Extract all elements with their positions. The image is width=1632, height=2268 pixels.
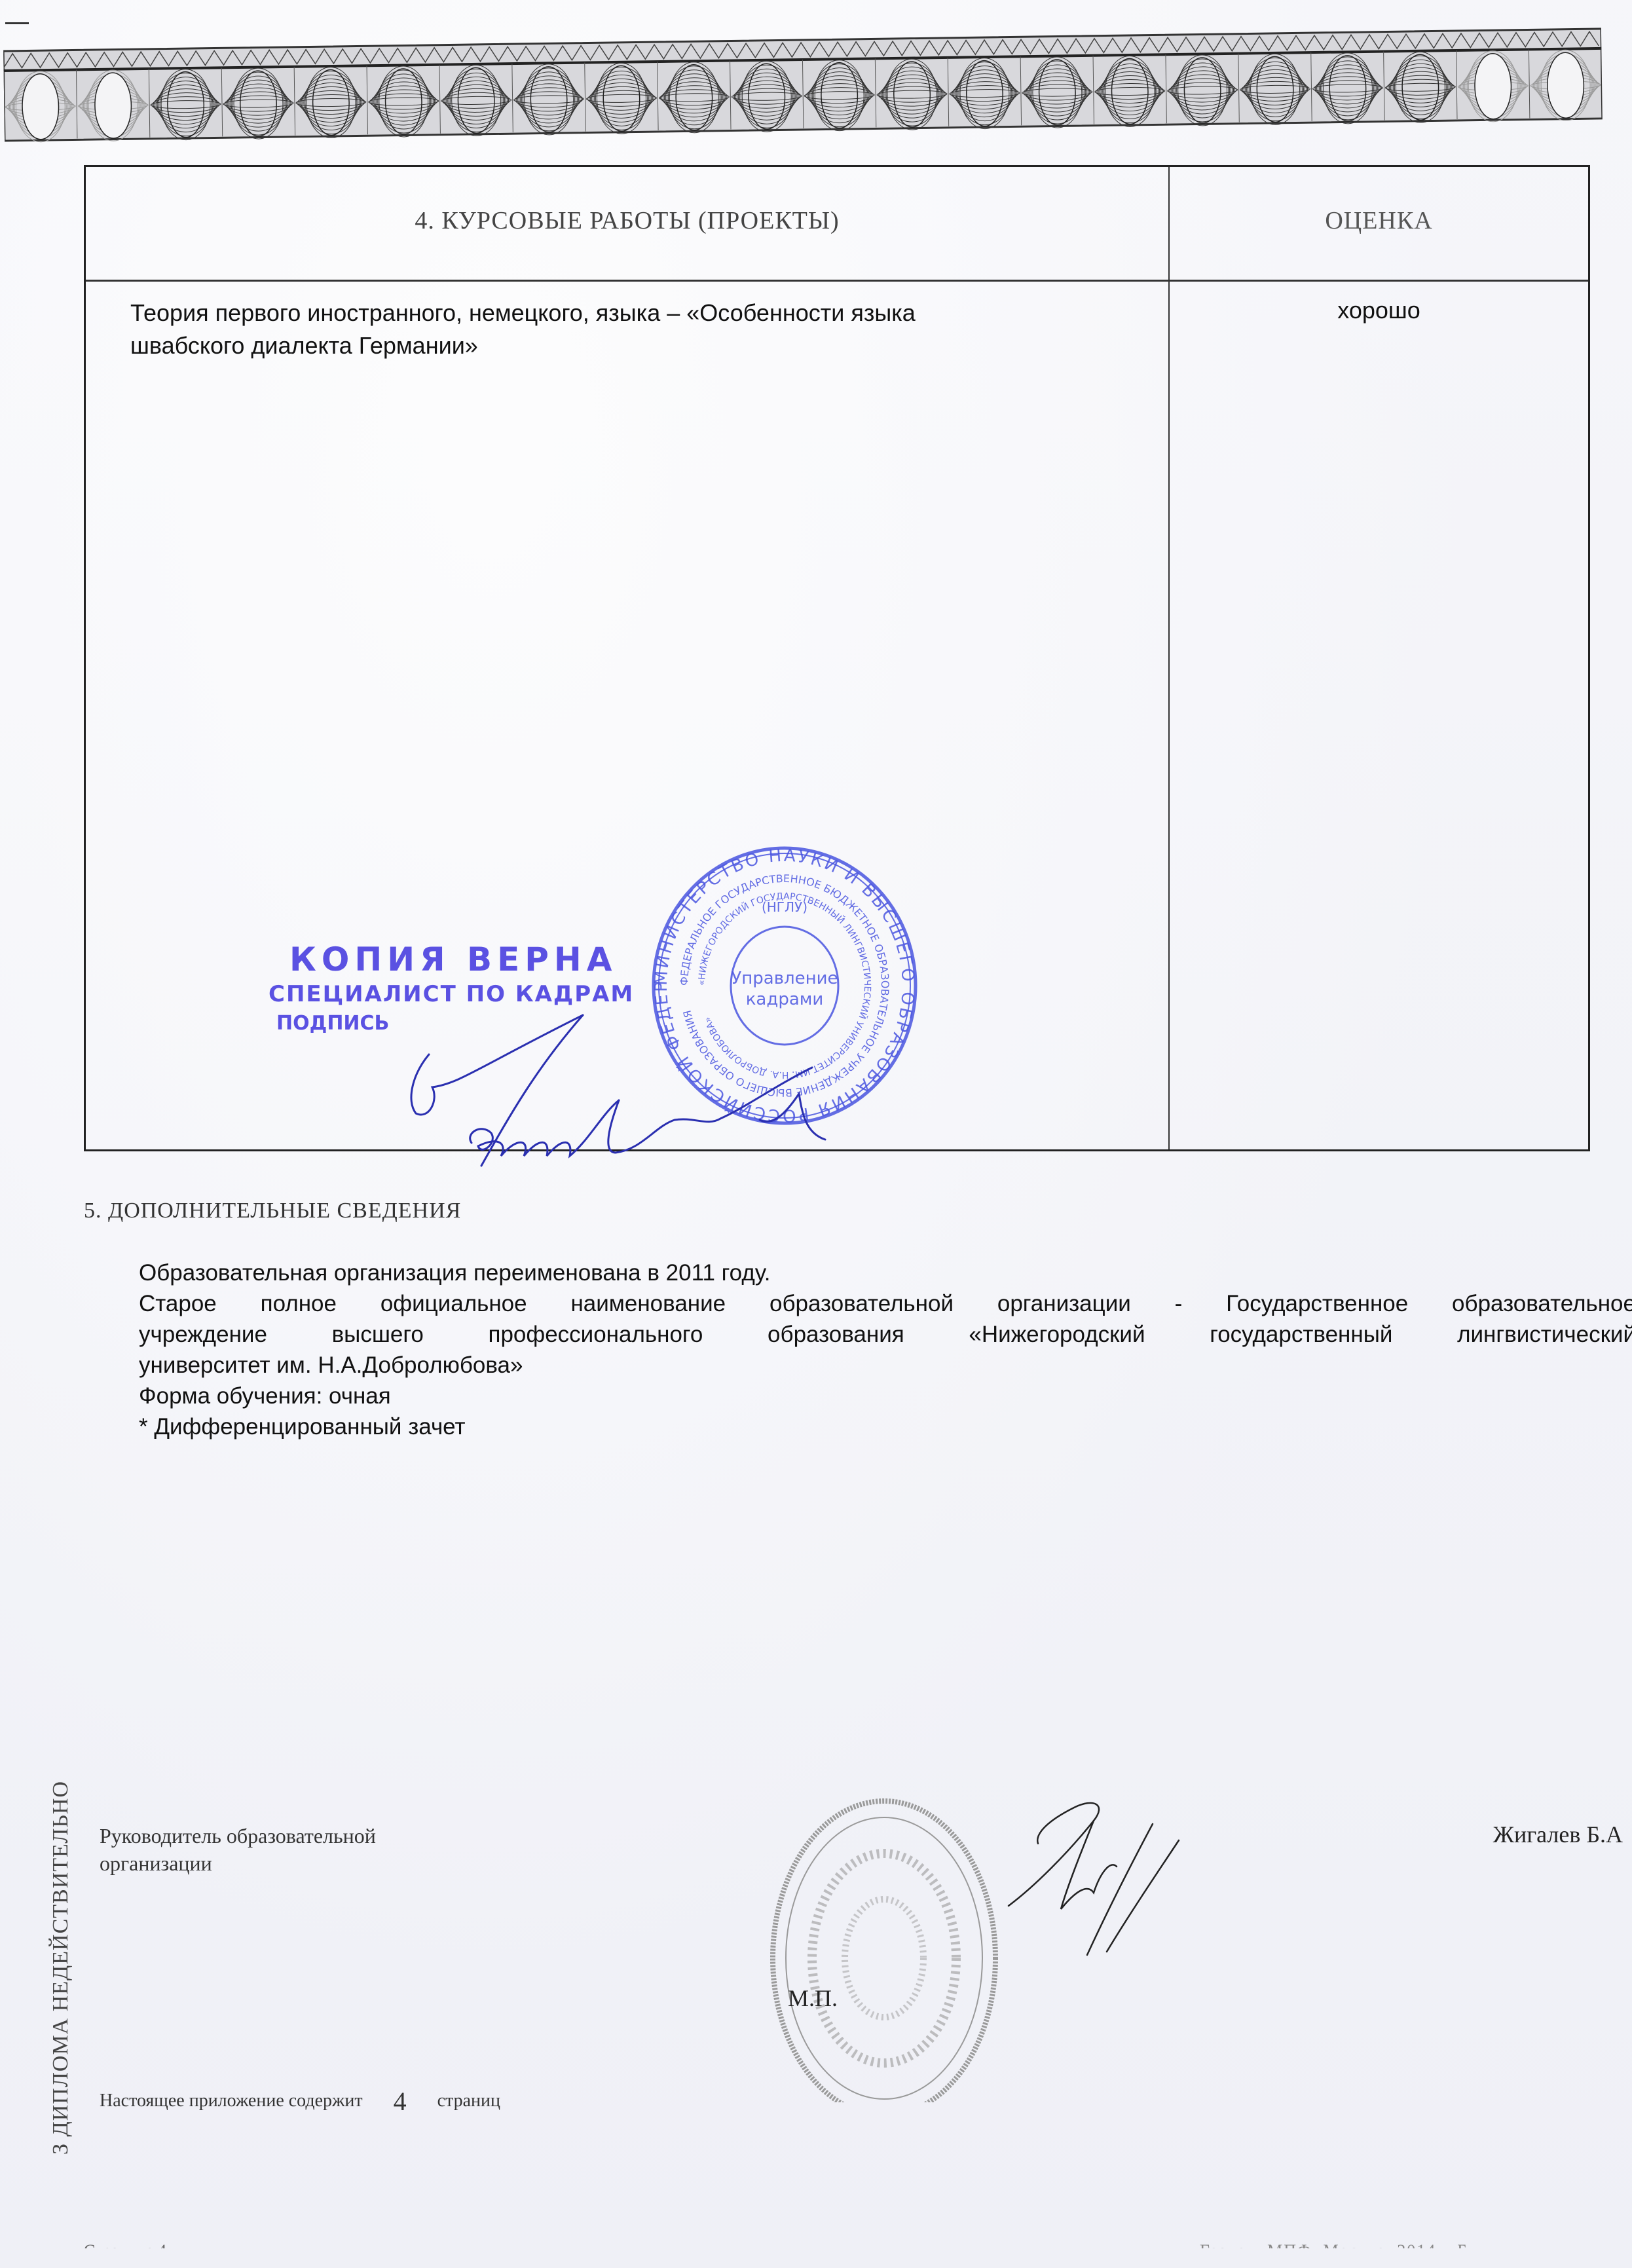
- head-of-organization-label: Руководитель образовательной организации: [100, 1822, 376, 1877]
- section5-title: 5. ДОПОЛНИТЕЛЬНЫЕ СВЕДЕНИЯ: [84, 1199, 461, 1223]
- grade-header: ОЦЕНКА: [1170, 206, 1588, 235]
- pages-suffix: страниц: [437, 2091, 500, 2111]
- header-divider: [86, 280, 1588, 282]
- section5-line5: Форма обучения: очная: [139, 1381, 1632, 1411]
- section5-line3: учреждение высшего профессионального обр…: [139, 1319, 1632, 1350]
- table-row-work: Теория первого иностранного, немецкого, …: [130, 297, 1113, 362]
- section5-line2: Старое полное официальное наименование о…: [139, 1288, 1632, 1319]
- pages-prefix: Настоящее приложение содержит: [100, 2091, 363, 2111]
- section5-body: Образовательная организация переименован…: [139, 1257, 1632, 1442]
- head-label-line1: Руководитель образовательной: [100, 1822, 376, 1850]
- work-title-line1: Теория первого иностранного, немецкого, …: [130, 297, 1113, 329]
- scan-mark: [5, 22, 29, 24]
- section5-line4: университет им. Н.А.Добролюбова»: [139, 1350, 1632, 1381]
- head-signature: [995, 1794, 1192, 1958]
- official-seal: [760, 1781, 1009, 2102]
- section5-line1: Образовательная организация переименован…: [139, 1257, 1632, 1288]
- section5-line6: * Дифференцированный зачет: [139, 1411, 1632, 1442]
- side-validity-note: З ДИПЛОМА НЕДЕЙСТВИТЕЛЬНО: [48, 1781, 73, 2155]
- coursework-header: 4. КУРСОВЫЕ РАБОТЫ (ПРОЕКТЫ): [86, 206, 1168, 235]
- pages-count-line: Настоящее приложение содержит 4 страниц: [100, 2086, 500, 2117]
- table-row-grade: хорошо: [1170, 297, 1588, 324]
- copy-stamp-line1: КОПИЯ ВЕРНА: [289, 940, 634, 979]
- stamp-center-line1: Управление: [731, 969, 838, 988]
- work-title-line2: швабского диалекта Германии»: [130, 329, 1113, 362]
- hr-signature: [367, 1002, 891, 1172]
- head-name: Жигалев Б.А: [1493, 1821, 1623, 1848]
- head-label-line2: организации: [100, 1850, 376, 1877]
- pages-count: 4: [394, 2087, 407, 2116]
- page-number-footer: Страница 4: [84, 2237, 166, 2248]
- stamp-abbr: (НГЛУ): [762, 899, 807, 915]
- seal-place-label: М.П.: [788, 1984, 838, 2012]
- printer-imprint-footer: Гознак, МПФ, Москва, 2014, «Б»: [1200, 2237, 1478, 2248]
